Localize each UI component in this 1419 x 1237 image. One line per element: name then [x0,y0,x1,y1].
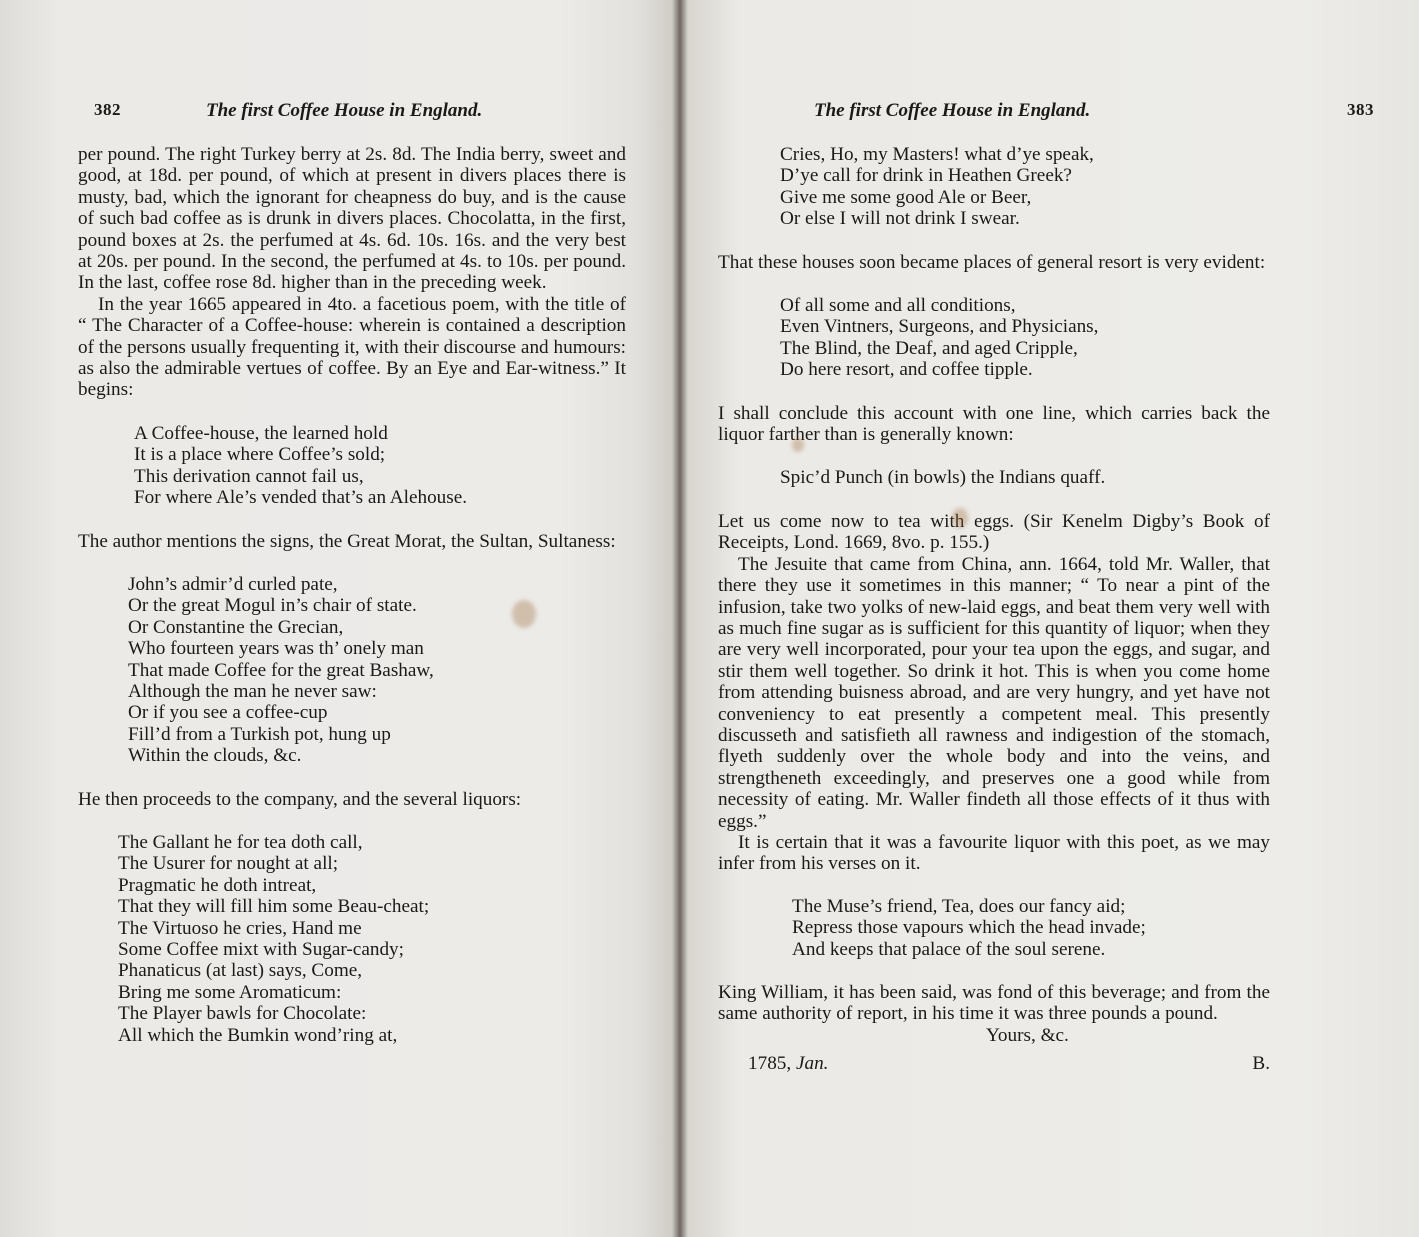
paragraph: In the year 1665 appeared in 4to. a face… [78,294,626,401]
verse-line: Or Constantine the Grecian, [128,617,626,638]
verse-line: The Gallant he for tea doth call, [118,832,626,853]
closing: Yours, &c. [986,1025,1069,1046]
poem-line: Spic’d Punch (in bowls) the Indians quaf… [718,467,1270,488]
poem-stanza: Cries, Ho, my Masters! what d’ye speak, … [718,144,1270,230]
verse-line: That made Coffee for the great Bashaw, [128,660,626,681]
verse-line: And keeps that palace of the soul serene… [792,939,1270,960]
page-number: 383 [1347,100,1374,120]
paragraph: King William, it has been said, was fond… [718,982,1270,1025]
verse-line: This derivation cannot fail us, [134,466,626,487]
running-head-title: The first Coffee House in England. [206,100,482,122]
verse-line: The Blind, the Deaf, and aged Cripple, [780,338,1270,359]
verse-line: The Usurer for nought at all; [118,853,626,874]
verse-line: Pragmatic he doth intreat, [118,875,626,896]
right-page: The first Coffee House in England. 383 C… [684,0,1419,1237]
letter-date: 1785, Jan. [748,1053,828,1074]
verse-line: Fill’d from a Turkish pot, hung up [128,724,626,745]
verse-line: Some Coffee mixt with Sugar-candy; [118,939,626,960]
verse-line: D’ye call for drink in Heathen Greek? [780,165,1270,186]
poem-stanza: John’s admir’d curled pate, Or the great… [78,574,626,767]
page-number: 382 [94,100,121,120]
verse-line: Bring me some Aromaticum: [118,982,626,1003]
paragraph: It is certain that it was a favourite li… [718,832,1270,875]
book-spread: 382 The first Coffee House in England. p… [0,0,1419,1237]
verse-line: Even Vintners, Surgeons, and Physicians, [780,316,1270,337]
verse-line: It is a place where Coffee’s sold; [134,444,626,465]
paper-stain [512,600,536,628]
verse-line: Or the great Mogul in’s chair of state. [128,595,626,616]
poem-stanza: The Gallant he for tea doth call, The Us… [78,832,626,1046]
paragraph: Let us come now to tea with eggs. (Sir K… [718,511,1270,554]
verse-line: All which the Bumkin wond’ring at, [118,1025,626,1046]
paragraph: per pound. The right Turkey berry at 2s.… [78,144,626,294]
paragraph: The author mentions the signs, the Great… [78,531,626,552]
verse-line: Or else I will not drink I swear. [780,208,1270,229]
verse-line: Spic’d Punch (in bowls) the Indians quaf… [780,467,1270,488]
verse-line: Although the man he never saw: [128,681,626,702]
paper-stain [792,438,804,452]
verse-line: Phanaticus (at last) says, Come, [118,960,626,981]
poem-stanza: The Muse’s friend, Tea, does our fancy a… [718,896,1270,960]
left-page: 382 The first Coffee House in England. p… [0,0,680,1237]
verse-line: John’s admir’d curled pate, [128,574,626,595]
paper-stain [952,508,968,528]
verse-line: A Coffee-house, the learned hold [134,423,626,444]
poem-stanza: Of all some and all conditions, Even Vin… [718,295,1270,381]
verse-line: That they will fill him some Beau-cheat; [118,896,626,917]
paragraph: The Jesuite that came from China, ann. 1… [718,554,1270,832]
verse-line: Do here resort, and coffee tipple. [780,359,1270,380]
running-head-title: The first Coffee House in England. [814,100,1090,122]
verse-line: The Virtuoso he cries, Hand me [118,918,626,939]
verse-line: Or if you see a coffee-cup [128,702,626,723]
verse-line: Repress those vapours which the head inv… [792,917,1270,938]
right-page-body: Cries, Ho, my Masters! what d’ye speak, … [718,144,1270,1047]
verse-line: Cries, Ho, my Masters! what d’ye speak, [780,144,1270,165]
verse-line: Give me some good Ale or Beer, [780,187,1270,208]
poem-stanza: A Coffee-house, the learned hold It is a… [78,423,626,509]
left-page-body: per pound. The right Turkey berry at 2s.… [78,144,626,1046]
paragraph: He then proceeds to the company, and the… [78,789,626,810]
verse-line: Of all some and all conditions, [780,295,1270,316]
verse-line: The Player bawls for Chocolate: [118,1003,626,1024]
verse-line: Within the clouds, &c. [128,745,626,766]
paragraph: That these houses soon became places of … [718,252,1270,273]
date-month: Jan. [796,1053,829,1074]
verse-line: The Muse’s friend, Tea, does our fancy a… [792,896,1270,917]
author-initial: B. [1252,1053,1270,1074]
date-year: 1785, [748,1053,791,1074]
verse-line: For where Ale’s vended that’s an Alehous… [134,487,626,508]
verse-line: Who fourteen years was th’ onely man [128,638,626,659]
letter-signoff: Yours, &c. 1785, Jan. B. [718,1025,1270,1047]
